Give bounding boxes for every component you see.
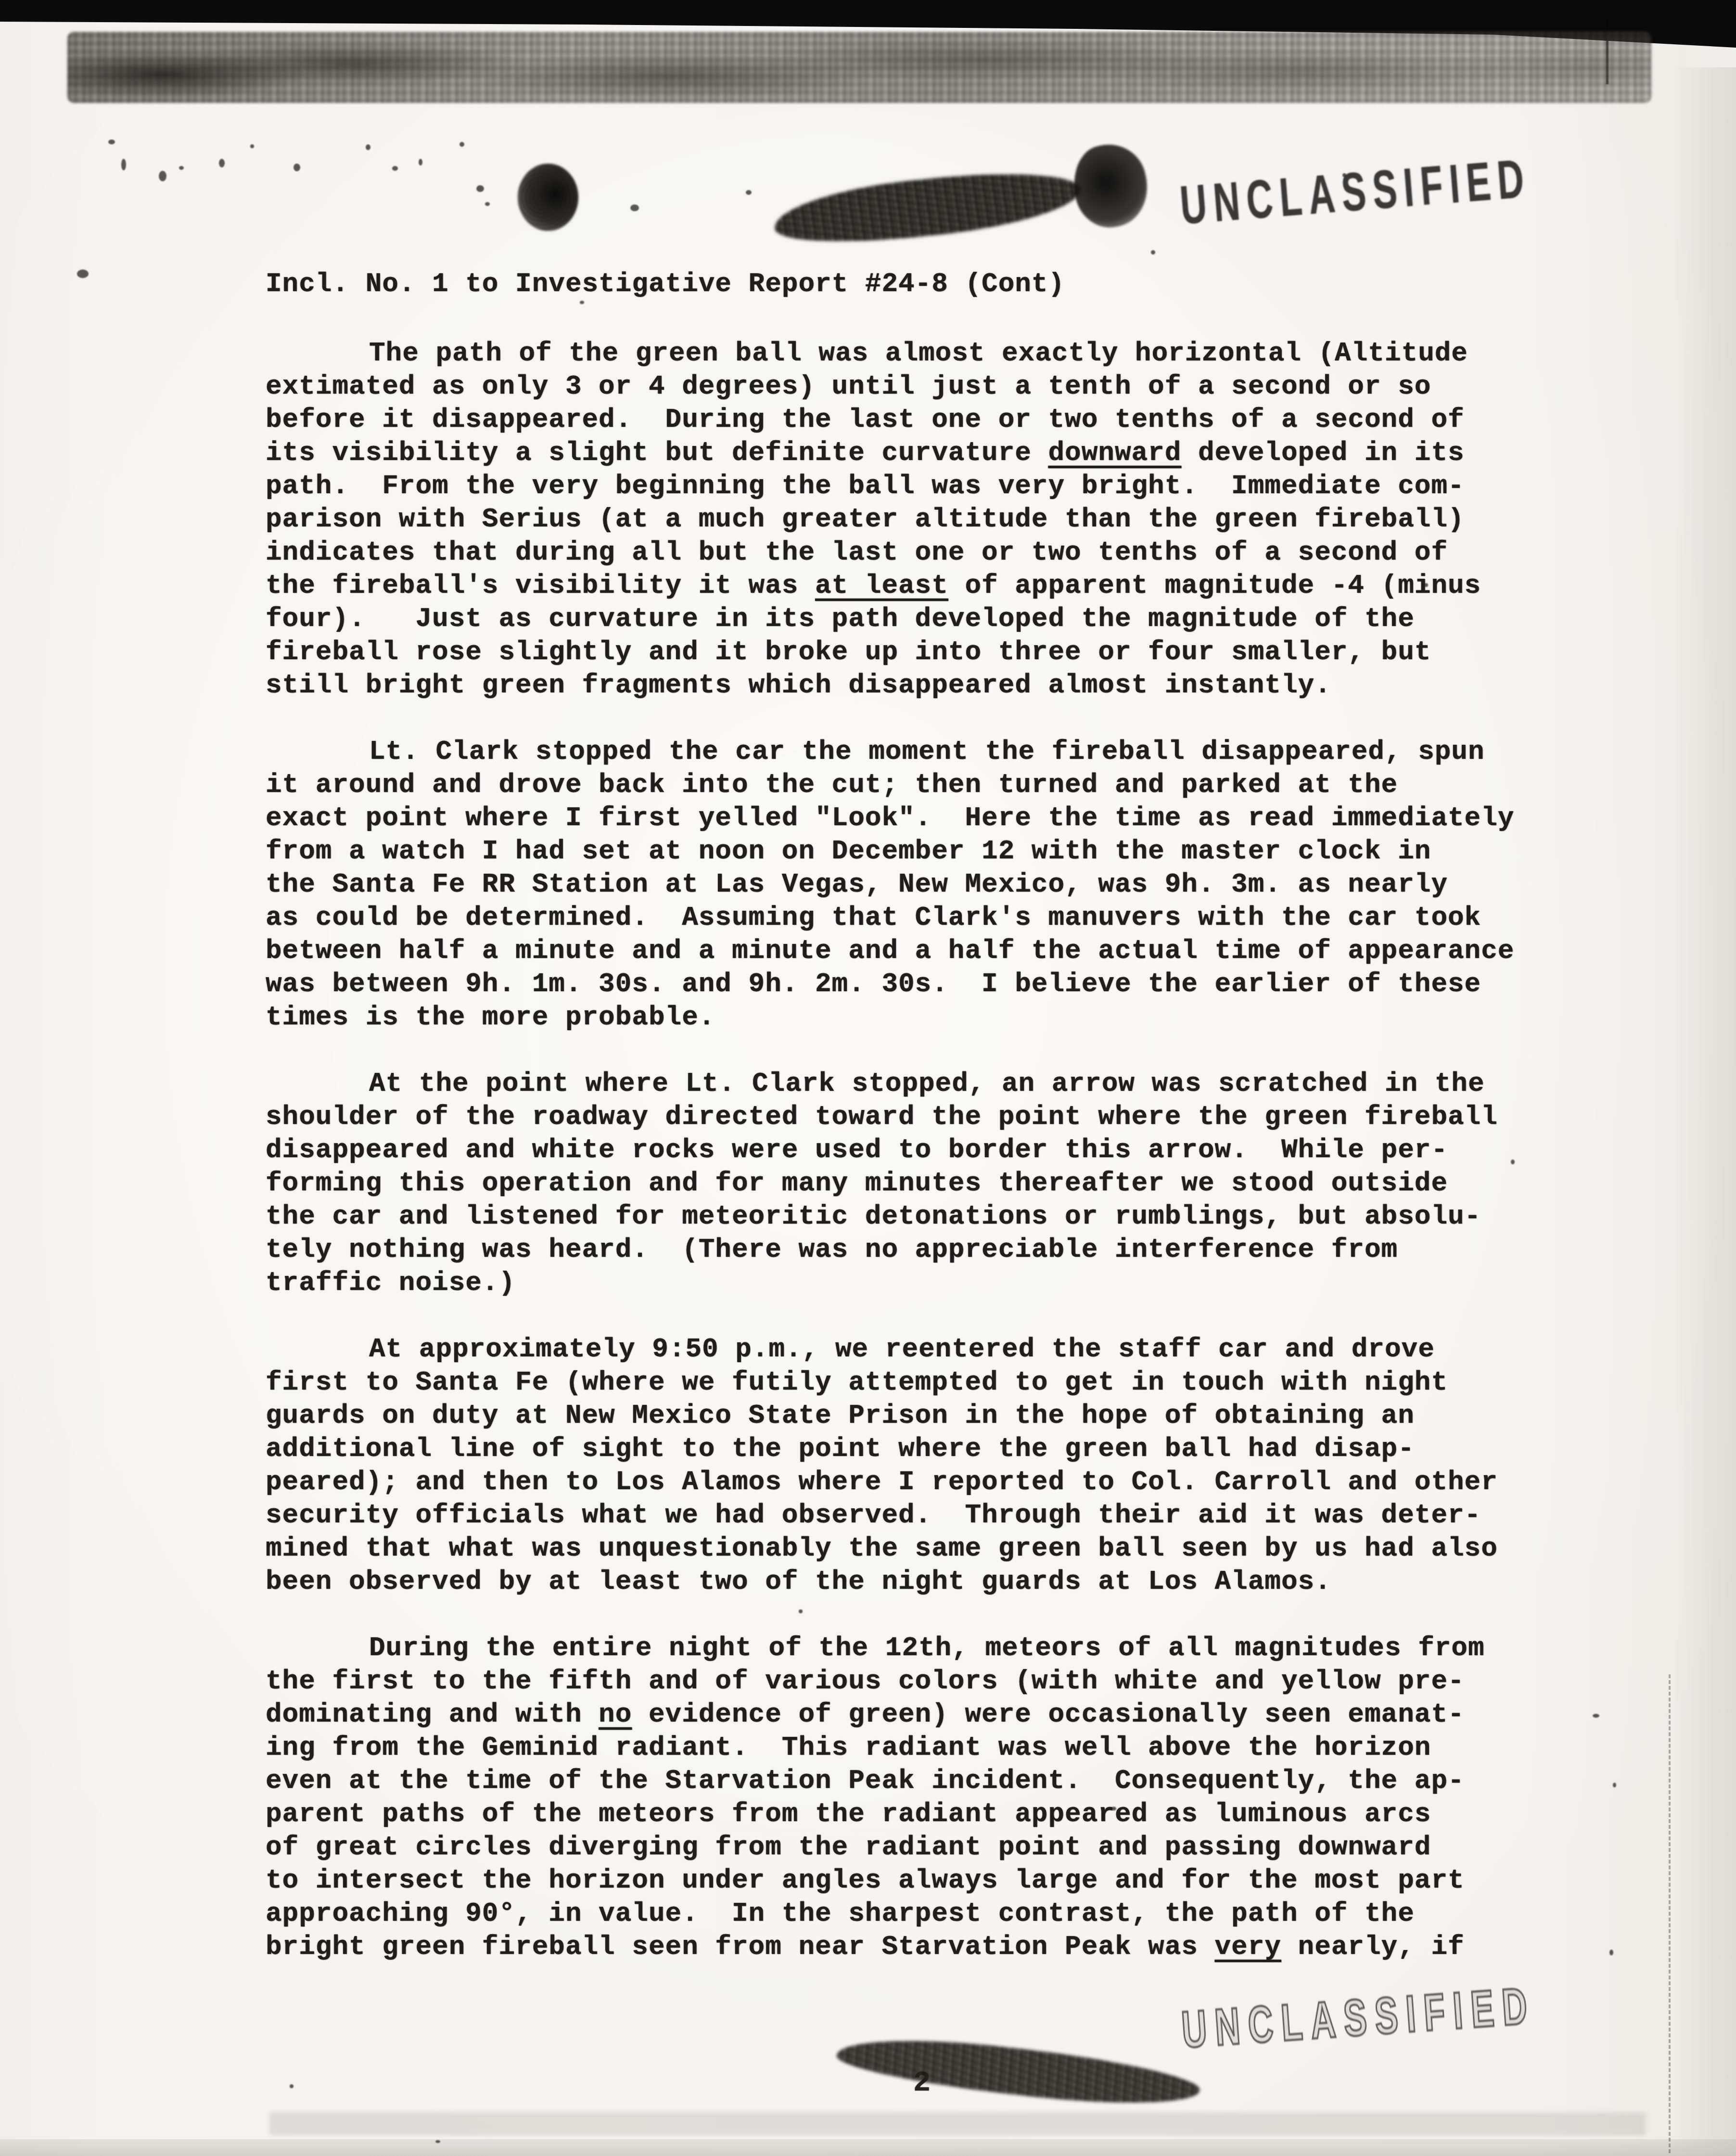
ink-speck	[1424, 583, 1428, 587]
typed-line: fireball rose slightly and it broke up i…	[266, 636, 1565, 669]
typed-line: the Santa Fe RR Station at Las Vegas, Ne…	[266, 868, 1565, 901]
ink-speck	[290, 2084, 294, 2088]
typed-line: to intersect the horizon under angles al…	[266, 1864, 1565, 1897]
ink-speck	[1593, 1714, 1599, 1718]
page-edge-dotted-line	[1669, 1674, 1671, 2153]
ink-speck	[1613, 1783, 1616, 1787]
typed-line: traffic noise.)	[266, 1266, 1565, 1300]
typed-line: At approximately 9:50 p.m., we reentered…	[266, 1333, 1565, 1366]
ink-speck	[159, 171, 166, 181]
typed-line: parent paths of the meteors from the rad…	[266, 1798, 1565, 1831]
typed-line: During the entire night of the 12th, met…	[266, 1632, 1565, 1665]
typed-line: the first to the fifth and of various co…	[266, 1665, 1565, 1698]
typed-line: approaching 90°, in value. In the sharpe…	[266, 1897, 1565, 1930]
typed-line: bright green fireball seen from near Sta…	[266, 1930, 1565, 1964]
typed-line: shoulder of the roadway directed toward …	[266, 1100, 1565, 1134]
typed-line: The path of the green ball was almost ex…	[266, 337, 1565, 370]
typed-line: disappeared and white rocks were used to…	[266, 1134, 1565, 1167]
typed-line: even at the time of the Starvation Peak …	[266, 1764, 1565, 1798]
ink-speck	[435, 2140, 440, 2143]
typed-line: of great circles diverging from the radi…	[266, 1831, 1565, 1864]
typed-line: four). Just as curvature in its path dev…	[266, 602, 1565, 636]
document-heading: Incl. No. 1 to Investigative Report #24-…	[266, 268, 1565, 301]
typed-line: as could be determined. Assuming that Cl…	[266, 901, 1565, 934]
obliterated-classification-stamp-bottom	[835, 2028, 1202, 2115]
ink-speck	[108, 140, 115, 144]
ink-speck	[179, 166, 184, 170]
ink-speck	[485, 202, 490, 206]
page-edge-shadow	[1673, 67, 1736, 2156]
typed-line: forming this operation and for many minu…	[266, 1167, 1565, 1200]
unclassified-stamp-top: UNCLASSIFIED	[1178, 147, 1533, 237]
ink-speck	[1609, 1950, 1613, 1955]
document-page: UNCLASSIFIED Incl. No. 1 to Investigativ…	[0, 0, 1736, 2156]
typed-line: from a watch I had set at noon on Decemb…	[266, 835, 1565, 868]
typed-line: before it disappeared. During the last o…	[266, 403, 1565, 436]
ink-speck	[250, 144, 254, 148]
typed-line: mined that what was unquestionably the s…	[266, 1532, 1565, 1565]
typed-line: between half a minute and a minute and a…	[266, 934, 1565, 968]
paragraph-arrow-marker: At the point where Lt. Clark stopped, an…	[266, 1067, 1565, 1300]
ink-speck	[392, 166, 398, 171]
typed-line: security officials what we had observed.…	[266, 1499, 1565, 1532]
ink-speck	[1111, 1807, 1116, 1811]
typed-line: Lt. Clark stopped the car the moment the…	[266, 735, 1565, 768]
typed-line: ing from the Geminid radiant. This radia…	[266, 1731, 1565, 1764]
typed-line: peared); and then to Los Alamos where I …	[266, 1466, 1565, 1499]
ink-speck	[476, 185, 484, 192]
scan-shadow-band	[269, 2112, 1646, 2135]
ink-speck	[1511, 1160, 1515, 1164]
ink-blob	[1066, 138, 1155, 234]
paragraph-report-to-los-alamos: At approximately 9:50 p.m., we reentered…	[266, 1333, 1565, 1598]
ink-speck	[1151, 250, 1155, 255]
typed-line: indicates that during all but the last o…	[266, 536, 1565, 569]
typed-line: path. From the very beginning the ball w…	[266, 470, 1565, 503]
paragraph-time-determination: Lt. Clark stopped the car the moment the…	[266, 735, 1565, 1034]
typed-line: it around and drove back into the cut; t…	[266, 768, 1565, 802]
ink-speck	[799, 1609, 803, 1613]
obliterated-classification-stamp-top	[772, 163, 1084, 252]
ink-speck	[419, 159, 422, 166]
typed-line: dominating and with no evidence of green…	[266, 1698, 1565, 1731]
typed-line: the car and listened for meteoritic deto…	[266, 1200, 1565, 1233]
typed-line: still bright green fragments which disap…	[266, 669, 1565, 702]
photocopy-noise-band	[67, 32, 1651, 103]
ink-speck	[746, 190, 752, 195]
typed-line: extimated as only 3 or 4 degrees) until …	[266, 370, 1565, 403]
typed-line: tely nothing was heard. (There was no ap…	[266, 1233, 1565, 1266]
ink-speck	[121, 159, 126, 170]
document-body: Incl. No. 1 to Investigative Report #24-…	[266, 268, 1565, 1964]
paragraph-fireball-path: The path of the green ball was almost ex…	[266, 337, 1565, 702]
ink-speck	[219, 159, 225, 167]
ink-speck	[1342, 173, 1346, 177]
typed-line: additional line of sight to the point wh…	[266, 1432, 1565, 1466]
typed-line: times is the more probable.	[266, 1001, 1565, 1034]
typed-line: exact point where I first yelled "Look".…	[266, 802, 1565, 835]
typed-line: first to Santa Fe (where we futily attem…	[266, 1366, 1565, 1399]
hole-punch-mark	[518, 164, 578, 231]
typed-line: parison with Serius (at a much greater a…	[266, 503, 1565, 536]
unclassified-stamp-bottom: UNCLASSIFIED	[1180, 1976, 1537, 2060]
ink-speck	[460, 142, 464, 147]
ink-speck	[294, 164, 300, 171]
ink-speck	[77, 269, 89, 278]
typed-line: been observed by at least two of the nig…	[266, 1565, 1565, 1598]
scan-bottom-edge	[0, 2139, 1736, 2156]
ink-speck	[630, 204, 639, 211]
typed-line: the fireball's visibility it was at leas…	[266, 569, 1565, 602]
typed-line: guards on duty at New Mexico State Priso…	[266, 1399, 1565, 1432]
ink-speck	[580, 301, 584, 304]
ink-speck	[366, 144, 370, 150]
typed-line: its visibility a slight but definite cur…	[266, 436, 1565, 470]
paragraph-geminid-meteors: During the entire night of the 12th, met…	[266, 1632, 1565, 1964]
typed-line: was between 9h. 1m. 30s. and 9h. 2m. 30s…	[266, 968, 1565, 1001]
typed-line: At the point where Lt. Clark stopped, an…	[266, 1067, 1565, 1100]
